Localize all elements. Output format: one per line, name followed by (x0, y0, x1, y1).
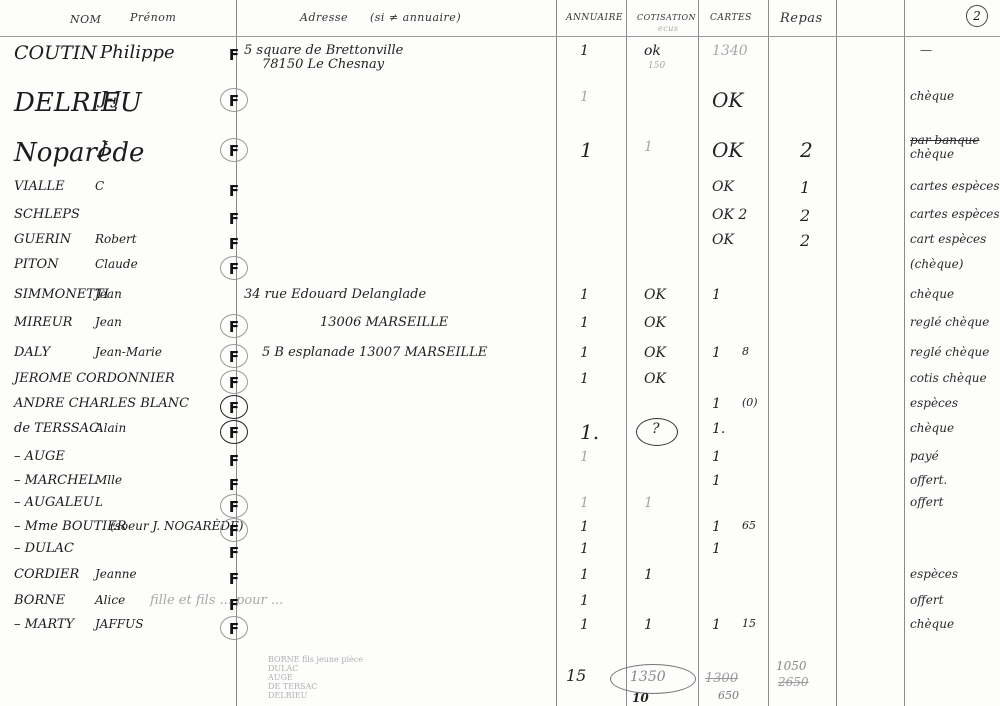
cotisation-value: OK (644, 346, 666, 360)
member-address: 78150 Le Chesnay (262, 58, 384, 71)
member-name: GUERIN (14, 233, 71, 246)
cartes-note: (0) (742, 397, 758, 408)
header-cotisation: COTISATION (637, 14, 696, 22)
payment-note: chèque (910, 148, 954, 160)
f-mark: F (226, 452, 242, 470)
payment-note: reglé chèque (910, 316, 989, 328)
pencil-notes: BORNE fils jeune pièce DULAC AUGE DE TER… (268, 655, 363, 700)
payment-note: offert. (910, 474, 947, 486)
f-mark: F (226, 142, 242, 160)
header-prenom: Prénom (130, 12, 176, 23)
cartes-value: OK (712, 90, 743, 110)
annuaire-value: 1 (580, 90, 589, 104)
total-annuaire: 15 (566, 668, 586, 684)
annuaire-value: 1 (580, 594, 589, 608)
header-adresse: Adresse (300, 12, 348, 23)
column-divider (556, 0, 557, 706)
annuaire-value: 1 (580, 140, 593, 160)
member-firstname: L (95, 496, 103, 508)
member-firstname: Claude (95, 258, 138, 270)
header-cotisation-note: ecus (658, 25, 678, 33)
repas-value: 2 (800, 140, 813, 160)
member-name: DELRIEU (14, 90, 142, 116)
member-name: – AUGALEU (14, 496, 94, 509)
pencil-note: DE TERSAC (268, 682, 363, 691)
f-mark: F (226, 46, 242, 64)
cartes-value: 1 (712, 542, 721, 556)
member-name: VIALLE (14, 180, 65, 193)
member-address: 5 B esplanade 13007 MARSEILLE (262, 346, 487, 359)
member-name: de TERSSAC (14, 422, 99, 435)
cartes-note: 65 (742, 520, 756, 531)
payment-note: offert (910, 496, 943, 508)
repas-value: 2 (800, 233, 810, 249)
cartes-note: 15 (742, 618, 756, 629)
f-mark: F (226, 498, 242, 516)
member-firstname: Alain (95, 422, 126, 434)
payment-note: cartes espèces (910, 208, 1000, 220)
column-divider (836, 0, 837, 706)
f-mark: F (226, 318, 242, 336)
header-repas: Repas (780, 12, 823, 25)
payment-note: chèque (910, 618, 954, 630)
member-firstname: J. (100, 140, 112, 158)
annuaire-value: 1 (580, 450, 589, 464)
f-mark: F (226, 348, 242, 366)
cartes-value: 1 (712, 618, 721, 632)
f-mark: F (226, 522, 242, 540)
f-mark: F (226, 424, 242, 442)
member-firstname: Mlle (95, 474, 122, 486)
member-firstname: Jean (95, 288, 122, 300)
f-mark: F (226, 544, 242, 562)
total-cartes: 1300 (705, 672, 738, 685)
repas-value: 2 (800, 208, 810, 224)
f-mark: F (226, 399, 242, 417)
payment-note: payé (910, 450, 939, 462)
payment-note: — (920, 44, 932, 56)
cotisation-value: OK (644, 316, 666, 330)
annuaire-value: 1 (580, 496, 589, 510)
payment-note: espèces (910, 568, 958, 580)
member-name: CORDIER (14, 568, 79, 581)
member-address: fille et fils ... pour ... (150, 594, 283, 607)
cartes-value: OK (712, 180, 734, 194)
ledger-page: NOM Prénom Adresse (si ≠ annuaire) ANNUA… (0, 0, 1000, 706)
f-mark: F (226, 182, 242, 200)
header-nom: NOM (70, 14, 101, 25)
member-firstname: JAFFUS (95, 618, 143, 630)
cartes-value: 1 (712, 397, 721, 411)
total-cartes-sub: 650 (718, 690, 739, 701)
f-mark: F (226, 620, 242, 638)
annuaire-value: 1 (580, 568, 589, 582)
column-divider (698, 0, 699, 706)
pencil-note: AUGE (268, 673, 363, 682)
member-name: DALY (14, 346, 50, 359)
member-name: – MARTY (14, 618, 74, 631)
f-mark: F (226, 476, 242, 494)
header-rule (0, 36, 1000, 37)
payment-note: offert (910, 594, 943, 606)
member-name: ANDRE CHARLES BLANC (14, 397, 189, 410)
cartes-value: 1 (712, 346, 721, 360)
cartes-value: OK (712, 140, 743, 160)
cotisation-value: 1 (644, 140, 653, 154)
member-name: – MARCHEL (14, 474, 97, 487)
cotisation-value: OK (644, 288, 666, 302)
annuaire-value: 1 (580, 316, 589, 330)
f-mark: F (226, 570, 242, 588)
payment-note: cart espèces (910, 233, 986, 245)
annuaire-value: 1 (580, 542, 589, 556)
cartes-value: 1. (712, 422, 725, 436)
annuaire-value: 1 (580, 372, 589, 386)
member-name: MIREUR (14, 316, 72, 329)
header-adresse-note: (si ≠ annuaire) (370, 12, 461, 23)
repas-value: 1 (800, 180, 810, 196)
cartes-value: OK (712, 233, 734, 247)
cotisation-note: 150 (648, 62, 665, 71)
member-name: Noparède (14, 140, 144, 166)
pencil-note: BORNE fils jeune pièce (268, 655, 363, 664)
payment-note: cotis chèque (910, 372, 987, 384)
member-firstname: Jean-Marie (95, 346, 162, 358)
cartes-value: 1 (712, 450, 721, 464)
member-name: BORNE (14, 594, 65, 607)
cotisation-value: OK (644, 372, 666, 386)
annuaire-value: 1 (580, 520, 589, 534)
annuaire-value: 1 (580, 618, 589, 632)
f-mark: F (226, 235, 242, 253)
annuaire-value: 1. (580, 422, 599, 442)
member-name: COUTIN (14, 44, 97, 63)
pencil-note: DULAC (268, 664, 363, 673)
member-firstname: Philippe (100, 44, 175, 62)
column-divider (626, 0, 627, 706)
cartes-note: 8 (742, 346, 749, 357)
member-name: – AUGE (14, 450, 65, 463)
total-cotisation-sub: 10 (632, 692, 649, 704)
f-mark: F (226, 374, 242, 392)
cotisation-value: ? (652, 422, 660, 436)
cartes-value: 1 (712, 520, 721, 534)
annuaire-value: 1 (580, 44, 589, 58)
total-repas: 1050 (776, 660, 807, 672)
payment-note: chèque (910, 90, 954, 102)
cotisation-value: 1 (644, 496, 653, 510)
f-mark: F (226, 92, 242, 110)
total-cotisation: 1350 (630, 670, 666, 684)
member-firstname: J-J (100, 90, 121, 108)
header-annuaire: ANNUAIRE (566, 14, 623, 23)
payment-note: reglé chèque (910, 346, 989, 358)
header-cartes: CARTES (710, 14, 752, 23)
payment-note: (chèque) (910, 258, 963, 270)
member-firstname: Jeanne (95, 568, 137, 580)
page-number: 2 (966, 5, 988, 27)
member-firstname: C (95, 180, 104, 192)
cartes-value: OK 2 (712, 208, 747, 222)
f-mark: F (226, 210, 242, 228)
member-firstname: Alice (95, 594, 125, 606)
member-name: PITON (14, 258, 59, 271)
column-divider (768, 0, 769, 706)
pencil-note: DELRIEU (268, 691, 363, 700)
payment-note: espèces (910, 397, 958, 409)
payment-note-struck: par banque (910, 134, 979, 146)
cotisation-value: 1 (644, 618, 653, 632)
total-repas-struck: 2650 (778, 676, 809, 688)
f-mark: F (226, 260, 242, 278)
cartes-value: 1340 (712, 44, 748, 58)
member-name: JEROME CORDONNIER (14, 372, 175, 385)
member-name: – DULAC (14, 542, 74, 555)
cotisation-value: ok (644, 44, 661, 58)
member-firstname: Robert (95, 233, 137, 245)
payment-note: chèque (910, 422, 954, 434)
column-divider (904, 0, 905, 706)
payment-note: chèque (910, 288, 954, 300)
member-address: 34 rue Edouard Delanglade (244, 288, 426, 301)
member-address: 5 square de Brettonville (244, 44, 403, 57)
cartes-value: 1 (712, 474, 721, 488)
annuaire-value: 1 (580, 288, 589, 302)
annuaire-value: 1 (580, 346, 589, 360)
cartes-value: 1 (712, 288, 721, 302)
member-address: 13006 MARSEILLE (320, 316, 448, 329)
payment-note: cartes espèces (910, 180, 1000, 192)
member-name: SCHLEPS (14, 208, 80, 221)
member-firstname: Jean (95, 316, 122, 328)
cotisation-value: 1 (644, 568, 653, 582)
